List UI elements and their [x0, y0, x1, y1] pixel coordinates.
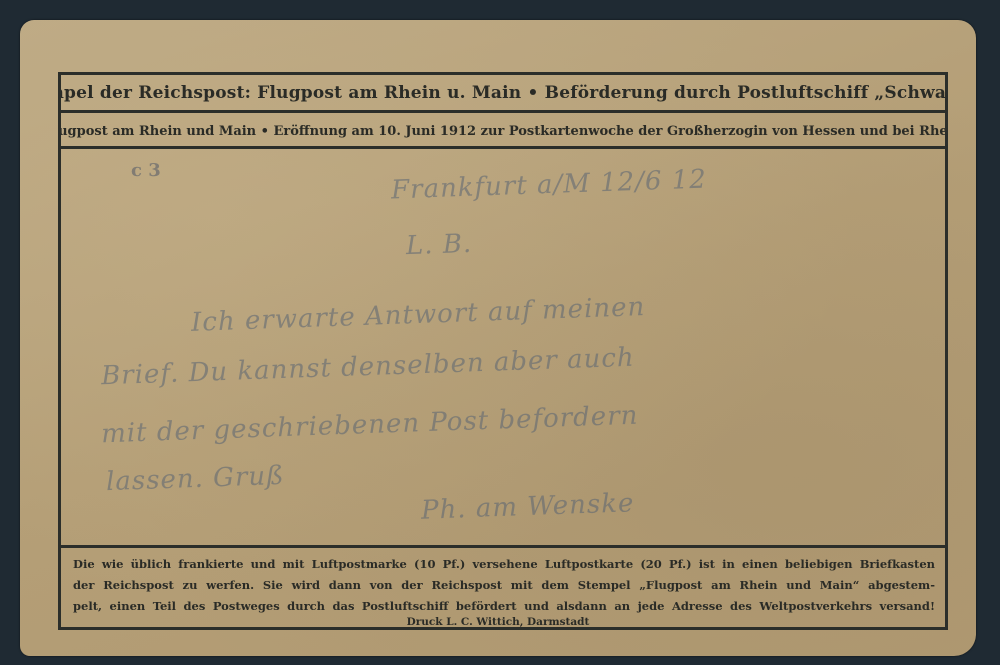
subtitle-line: Flugpost am Rhein und Main • Eröffnung a… [61, 116, 945, 149]
instructions-box: Die wie üblich frankierte und mit Luftpo… [61, 545, 945, 627]
printed-frame: Stempel der Reichspost: Flugpost am Rhei… [58, 72, 948, 630]
postcard: Stempel der Reichspost: Flugpost am Rhei… [20, 20, 976, 656]
handwritten-line-1: Ich erwarte Antwort auf meinen [191, 292, 646, 338]
handwritten-signature: Ph. am Wenske [421, 488, 635, 525]
instructions-line-3: pelt, einen Teil des Postweges durch das… [73, 596, 935, 617]
handwritten-line-4: lassen. Gruß [106, 461, 285, 497]
handwritten-date-line: Frankfurt a/M 12/6 12 [391, 164, 708, 205]
instructions-line-1: Die wie üblich frankierte und mit Luftpo… [73, 554, 935, 575]
handwritten-salutation: L. B. [405, 229, 472, 261]
handwritten-line-3: mit der geschriebenen Post befordern [101, 401, 639, 450]
title-line: Stempel der Reichspost: Flugpost am Rhei… [61, 75, 945, 113]
printer-credit: Druck L. C. Wittich, Darmstadt [20, 616, 976, 628]
handwritten-message-area: c 3 Frankfurt a/M 12/6 12 L. B. Ich erwa… [61, 152, 945, 545]
instructions-line-2: der Reichspost zu werfen. Sie wird dann … [73, 575, 935, 596]
postmark-fragment: c 3 [131, 160, 161, 181]
handwritten-line-2: Brief. Du kannst denselben aber auch [101, 343, 635, 392]
